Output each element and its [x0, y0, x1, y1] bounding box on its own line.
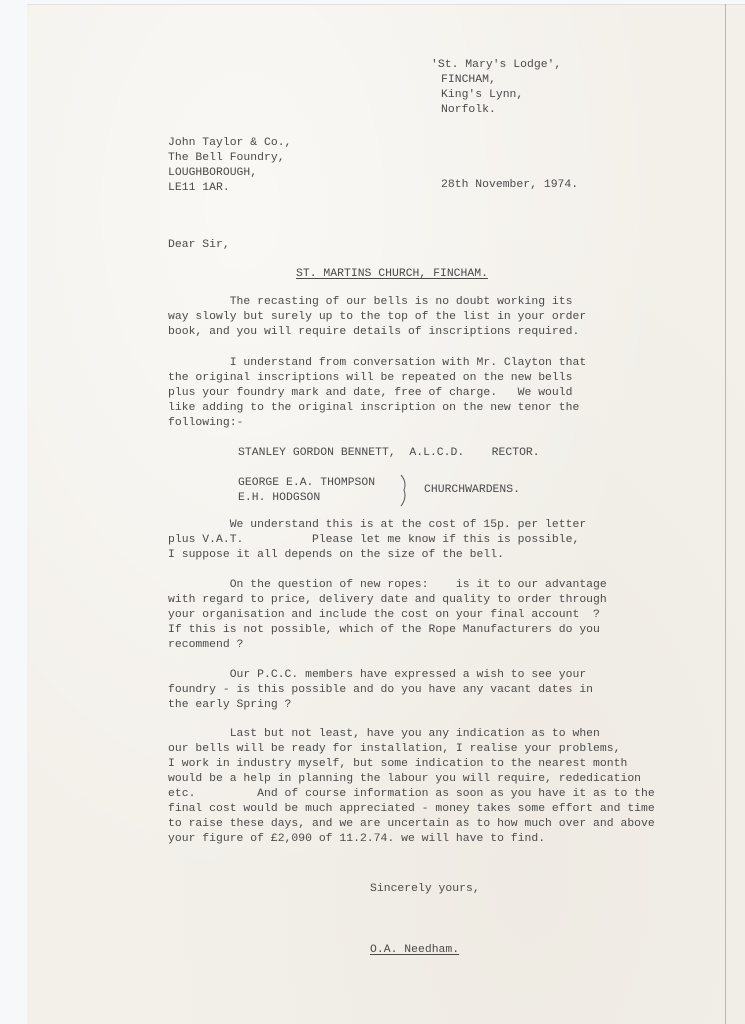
churchwarden-name: E.H. HODGSON	[238, 491, 320, 506]
paragraph-line: way slowly but surely up to the top of t…	[168, 310, 586, 325]
paper-fold-crease	[725, 4, 726, 1024]
paragraph-line: the early Spring ?	[168, 698, 291, 713]
paragraph-line: I work in industry myself, but some indi…	[168, 757, 627, 772]
sender-address-line: King's Lynn,	[441, 88, 523, 103]
salutation: Dear Sir,	[168, 238, 230, 253]
paragraph-line: I suppose it all depends on the size of …	[168, 548, 504, 563]
paragraph-line: foundry - is this possible and do you ha…	[168, 683, 593, 698]
paragraph-line: our bells will be ready for installation…	[168, 742, 620, 757]
paragraph-line: We understand this is at the cost of 15p…	[168, 518, 586, 533]
subject-heading: ST. MARTINS CHURCH, FINCHAM.	[296, 267, 488, 282]
paragraph-line: your organisation and include the cost o…	[168, 608, 600, 623]
churchwardens-title: CHURCHWARDENS.	[424, 483, 520, 498]
paragraph-line: plus your foundry mark and date, free of…	[168, 386, 572, 401]
closing: Sincerely yours,	[370, 882, 480, 897]
paragraph-line: your figure of £2,090 of 11.2.74. we wil…	[168, 832, 545, 847]
churchwarden-name: GEORGE E.A. THOMPSON	[238, 476, 375, 491]
sender-address-line: 'St. Mary's Lodge',	[431, 58, 561, 73]
paragraph-line: final cost would be much appreciated - m…	[168, 802, 655, 817]
signature: O.A. Needham.	[370, 943, 459, 958]
paragraph-line: to raise these days, and we are uncertai…	[168, 817, 655, 832]
paragraph-line: The recasting of our bells is no doubt w…	[168, 295, 572, 310]
paragraph-line: plus V.A.T. Please let me know if this i…	[168, 533, 579, 548]
paragraph-line: following:-	[168, 416, 243, 431]
paragraph-line: the original inscriptions will be repeat…	[168, 371, 572, 386]
sender-address-line: FINCHAM,	[441, 73, 496, 88]
sender-address-line: Norfolk.	[441, 103, 496, 118]
letter-paper	[27, 4, 745, 1024]
recipient-address-line: LOUGHBOROUGH,	[168, 166, 257, 181]
recipient-address-line: LE11 1AR.	[168, 181, 230, 196]
letter-date: 28th November, 1974.	[441, 178, 578, 193]
recipient-address-line: John Taylor & Co.,	[168, 136, 291, 151]
paragraph-line: etc. And of course information as soon a…	[168, 787, 655, 802]
recipient-address-line: The Bell Foundry,	[168, 151, 285, 166]
brace-icon	[398, 474, 410, 508]
paragraph-line: Last but not least, have you any indicat…	[168, 727, 600, 742]
paragraph-line: recommend ?	[168, 638, 243, 653]
paragraph-line: would be a help in planning the labour y…	[168, 772, 641, 787]
rector-inscription: STANLEY GORDON BENNETT, A.L.C.D. RECTOR.	[238, 446, 540, 461]
paragraph-line: On the question of new ropes: is it to o…	[168, 578, 607, 593]
paragraph-line: I understand from conversation with Mr. …	[168, 356, 586, 371]
paragraph-line: Our P.C.C. members have expressed a wish…	[168, 668, 586, 683]
paragraph-line: with regard to price, delivery date and …	[168, 593, 607, 608]
paragraph-line: If this is not possible, which of the Ro…	[168, 623, 600, 638]
paragraph-line: like adding to the original inscription …	[168, 401, 579, 416]
paragraph-line: book, and you will require details of in…	[168, 325, 579, 340]
